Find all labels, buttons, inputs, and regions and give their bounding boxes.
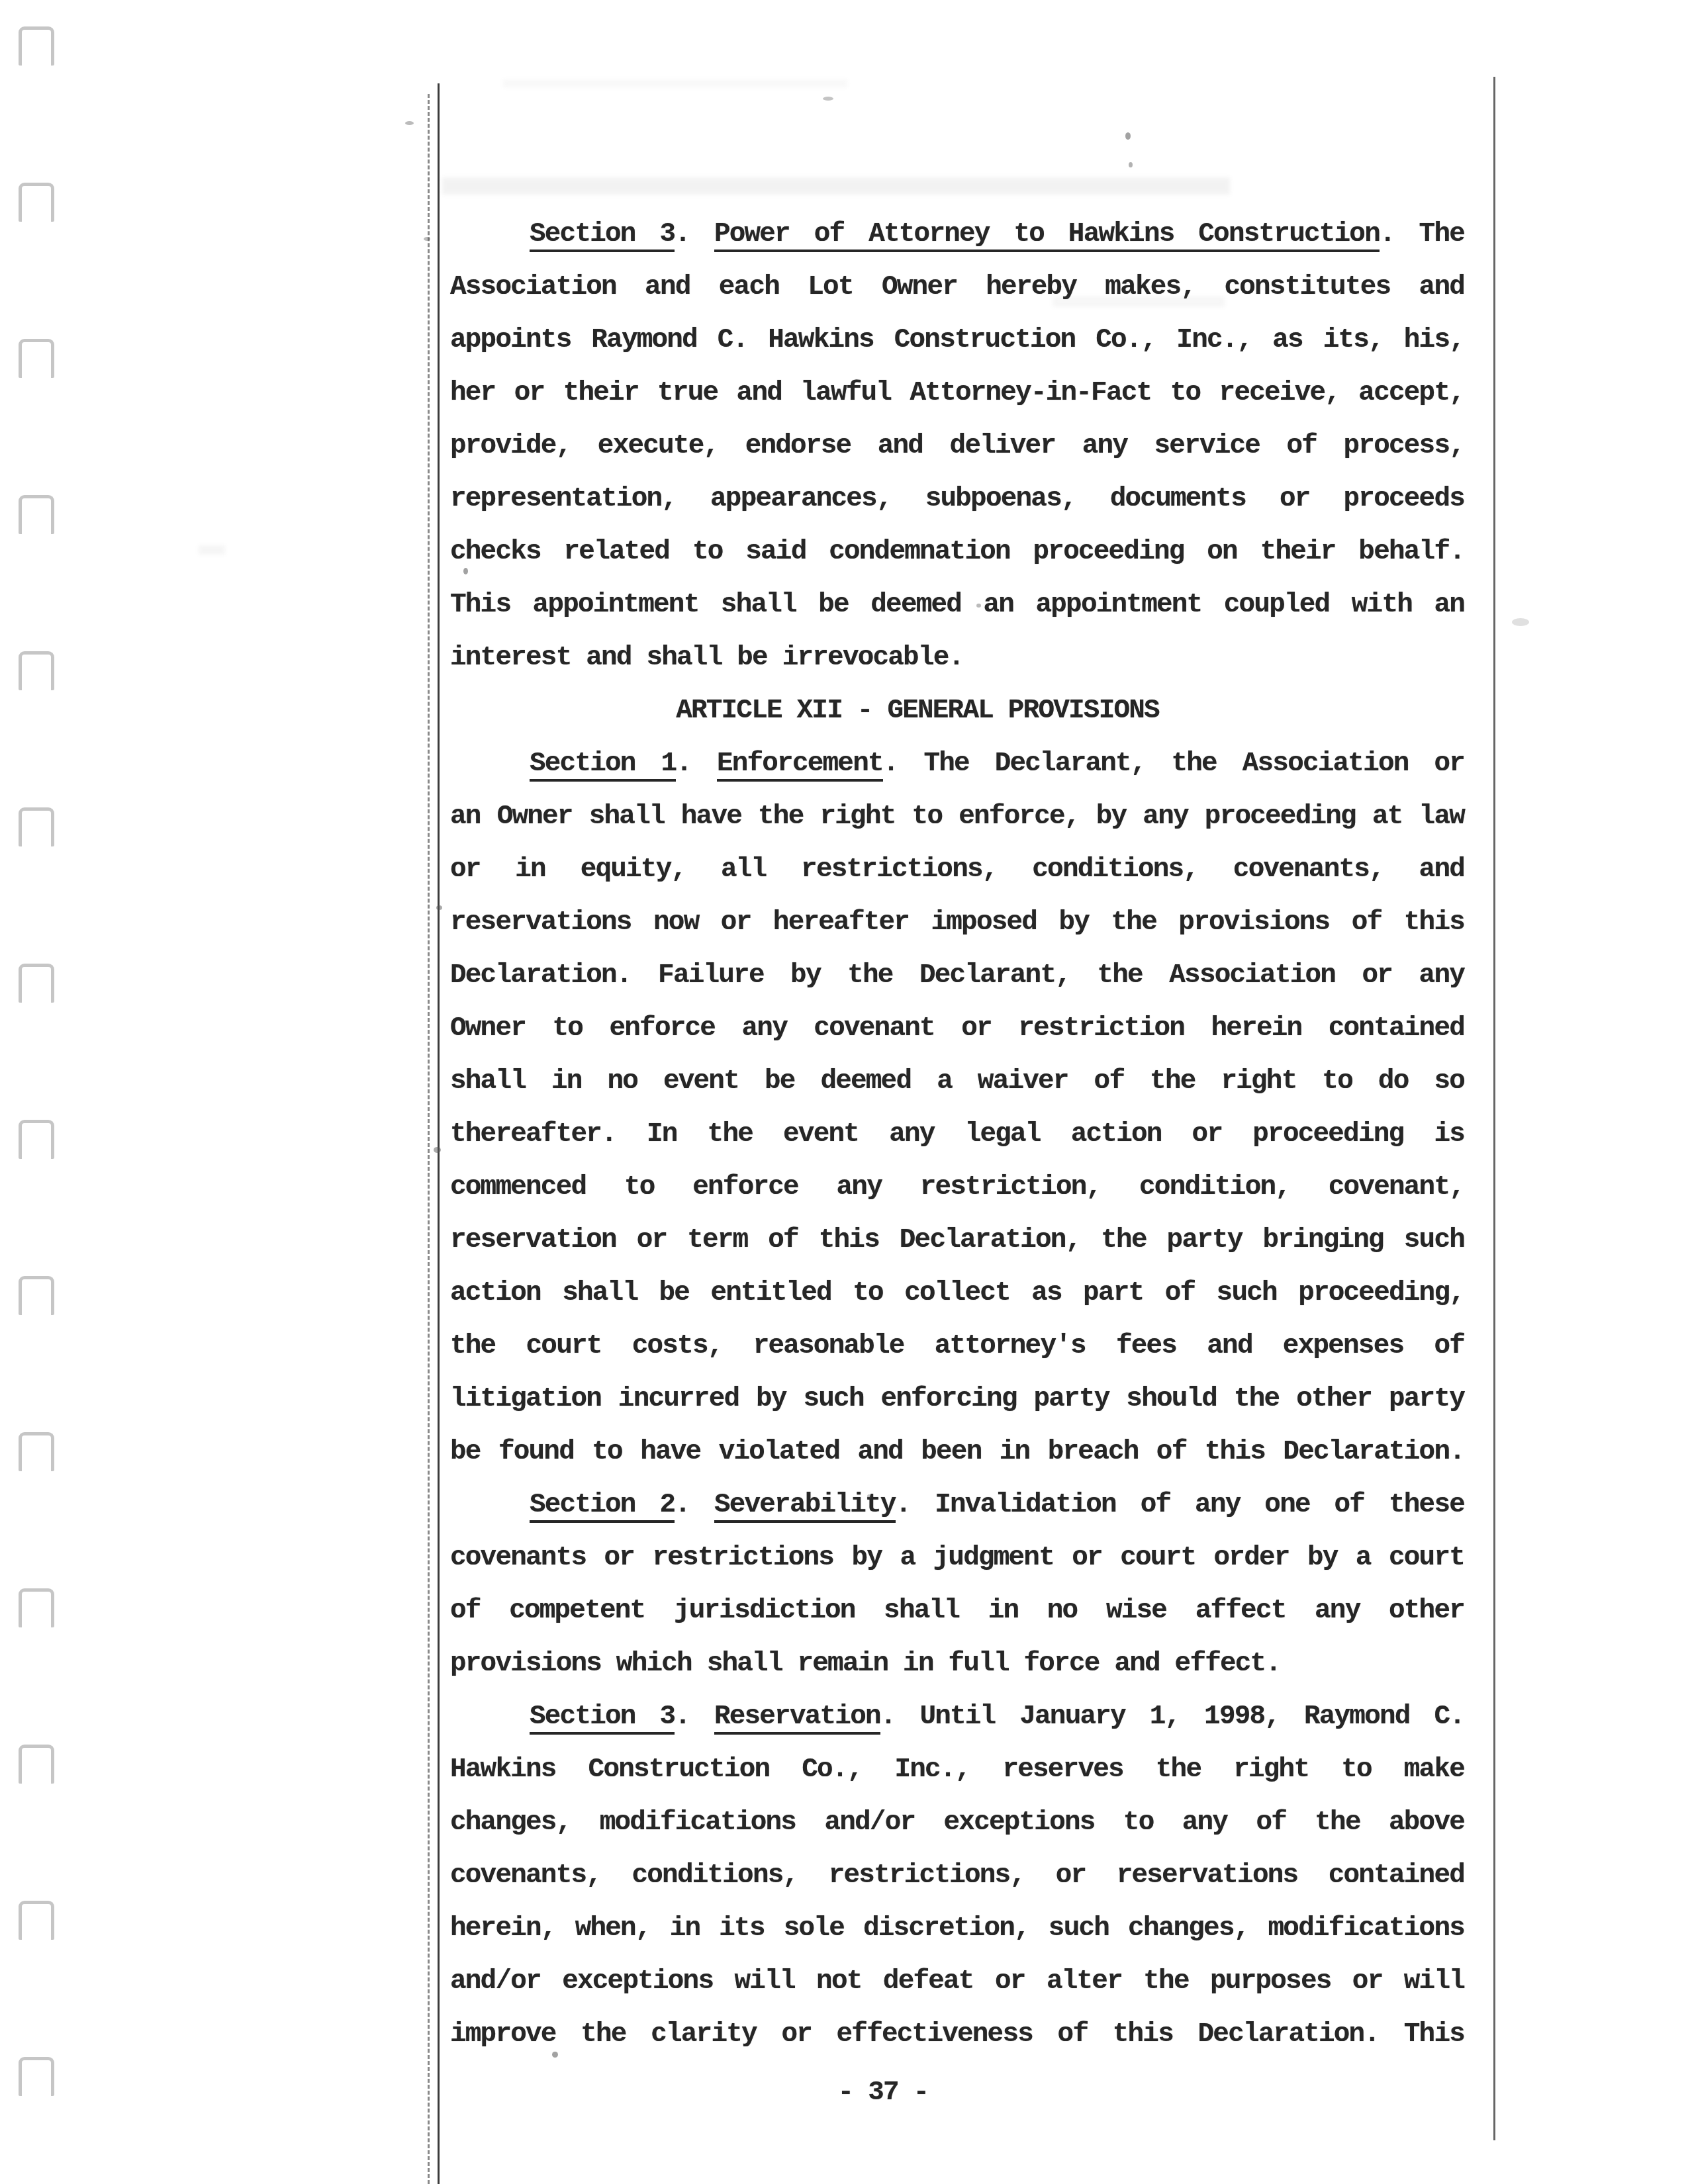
text-line: Section 1. Enforcement. The Declarant, t… [450,737,1464,790]
binder-hole [19,183,54,222]
binder-hole [19,339,54,378]
binder-hole [19,1276,54,1315]
text-segment: litigation incurred by such enforcing pa… [450,1384,1464,1414]
binder-hole [19,1588,54,1627]
binder-hole [19,1901,54,1940]
binder-hole [19,26,54,66]
text-line: Section 3. Power of Attorney to Hawkins … [450,208,1464,261]
text-line: This appointment shall be deemed an appo… [450,578,1464,631]
text-segment: interest and shall be irrevocable. [450,643,963,673]
text-line: her or their true and lawful Attorney-in… [450,367,1464,420]
text-segment: changes, modifications and/or exceptions… [450,1807,1464,1838]
text-segment: of competent jurisdiction shall in no wi… [450,1596,1464,1626]
scan-speck [463,568,468,574]
text-segment: checks related to said condemnation proc… [450,537,1464,567]
text-segment: shall in no event be deemed a waiver of … [450,1066,1464,1097]
binder-hole [19,807,54,846]
text-line: covenants, conditions, restrictions, or … [450,1849,1464,1902]
text-segment: . [675,219,714,250]
binder-hole [19,964,54,1003]
text-line: provisions which shall remain in full fo… [450,1637,1464,1690]
text-line: reservation or term of this Declaration,… [450,1214,1464,1267]
text-line: the court costs, reasonable attorney's f… [450,1320,1464,1373]
text-segment: This appointment shall be deemed an appo… [450,590,1464,620]
scan-speck [976,604,981,608]
scan-speck [552,2052,558,2058]
text-line: reservations now or hereafter imposed by… [450,896,1464,949]
underlined-text: Section 3 [530,219,675,252]
text-line: thereafter. In the event any legal actio… [450,1108,1464,1161]
binder-hole [19,1432,54,1471]
text-line: litigation incurred by such enforcing pa… [450,1373,1464,1426]
text-line: improve the clarity or effectiveness of … [450,2008,1464,2061]
binder-hole [19,495,54,534]
text-line: interest and shall be irrevocable. [450,631,1464,684]
text-segment: . Until January 1, 1998, Raymond C. [880,1702,1464,1732]
scan-speck [436,905,442,910]
underlined-text: Section 1 [530,749,676,782]
text-segment: . [675,1490,714,1520]
text-segment: covenants, conditions, restrictions, or … [450,1860,1464,1891]
text-line: covenants or restrictions by a judgment … [450,1531,1464,1584]
text-segment: . The [1380,219,1464,250]
left-margin-rule-inner [438,83,440,2184]
text-line: commenced to enforce any restriction, co… [450,1161,1464,1214]
underlined-text: Enforcement [717,749,883,782]
text-segment: . [675,1702,714,1732]
text-segment: covenants or restrictions by a judgment … [450,1543,1464,1573]
underlined-text: Section 3 [530,1702,675,1735]
text-line: Section 2. Severability. Invalidation of… [450,1479,1464,1531]
text-segment: be found to have violated and been in br… [450,1437,1464,1467]
right-margin-rule [1493,77,1495,2140]
text-line: shall in no event be deemed a waiver of … [450,1055,1464,1108]
text-segment: Owner to enforce any covenant or restric… [450,1013,1464,1044]
text-segment: commenced to enforce any restriction, co… [450,1172,1464,1203]
text-segment: thereafter. In the event any legal actio… [450,1119,1464,1150]
scan-speck [823,97,833,101]
text-segment: an Owner shall have the right to enforce… [450,801,1464,832]
text-segment: Hawkins Construction Co., Inc., reserves… [450,1754,1464,1785]
text-line: appoints Raymond C. Hawkins Construction… [450,314,1464,367]
text-line: an Owner shall have the right to enforce… [450,790,1464,843]
text-segment: . [676,749,717,779]
text-segment: and/or exceptions will not defeat or alt… [450,1966,1464,1997]
text-segment: . Invalidation of any one of these [896,1490,1464,1520]
text-segment: reservations now or hereafter imposed by… [450,907,1464,938]
text-segment: Declaration. Failure by the Declarant, t… [450,960,1464,991]
text-segment: her or their true and lawful Attorney-in… [450,378,1464,408]
text-segment: or in equity, all restrictions, conditio… [450,854,1464,885]
text-line: Association and each Lot Owner hereby ma… [450,261,1464,314]
text-segment: herein, when, in its sole discretion, su… [450,1913,1464,1944]
text-line: Hawkins Construction Co., Inc., reserves… [450,1743,1464,1796]
scan-speck [867,1494,871,1498]
page-number: - 37 - [376,2066,1390,2119]
text-segment: action shall be entitled to collect as p… [450,1278,1464,1308]
text-segment: provisions which shall remain in full fo… [450,1649,1280,1679]
left-margin-rule-outer [428,94,430,2184]
text-segment: . The Declarant, the Association or [883,749,1464,779]
document-lines: Section 3. Power of Attorney to Hawkins … [450,208,1464,2061]
binder-hole [19,2057,54,2096]
underlined-text: Power of Attorney to Hawkins Constructio… [714,219,1380,252]
text-line: Owner to enforce any covenant or restric… [450,1002,1464,1055]
scan-speck [405,121,414,125]
scan-speck [1129,162,1133,167]
text-segment: representation, appearances, subpoenas, … [450,484,1464,514]
binder-hole [19,1120,54,1159]
text-line: Section 3. Reservation. Until January 1,… [450,1690,1464,1743]
text-line: representation, appearances, subpoenas, … [450,473,1464,525]
scan-smudge [1053,296,1225,307]
text-line: Declaration. Failure by the Declarant, t… [450,949,1464,1002]
text-segment: the court costs, reasonable attorney's f… [450,1331,1464,1361]
scan-speck [424,237,430,241]
binder-hole [19,1745,54,1784]
text-line: action shall be entitled to collect as p… [450,1267,1464,1320]
text-segment: reservation or term of this Declaration,… [450,1225,1464,1255]
underlined-text: Reservation [714,1702,880,1735]
article-heading: ARTICLE XII - GENERAL PROVISIONS [410,684,1425,737]
scan-smudge [199,545,225,555]
scan-speck [1125,132,1131,140]
scan-smudge [503,79,847,87]
text-line: be found to have violated and been in br… [450,1426,1464,1479]
text-line: checks related to said condemnation proc… [450,525,1464,578]
scan-speck [434,1147,441,1153]
text-segment: improve the clarity or effectiveness of … [450,2019,1464,2050]
text-line: of competent jurisdiction shall in no wi… [450,1584,1464,1637]
text-segment: provide, execute, endorse and deliver an… [450,431,1464,461]
scan-smudge [442,177,1230,195]
underlined-text: Section 2 [530,1490,675,1523]
text-segment: Association and each Lot Owner hereby ma… [450,272,1464,302]
binder-hole [19,651,54,690]
text-line: provide, execute, endorse and deliver an… [450,420,1464,473]
text-line: herein, when, in its sole discretion, su… [450,1902,1464,1955]
text-line: and/or exceptions will not defeat or alt… [450,1955,1464,2008]
text-segment: ARTICLE XII - GENERAL PROVISIONS [676,696,1159,726]
scan-speck [1512,618,1529,626]
text-line: or in equity, all restrictions, conditio… [450,843,1464,896]
text-segment: appoints Raymond C. Hawkins Construction… [450,325,1464,355]
text-line: changes, modifications and/or exceptions… [450,1796,1464,1849]
scanned-document-page: Section 3. Power of Attorney to Hawkins … [0,0,1688,2184]
